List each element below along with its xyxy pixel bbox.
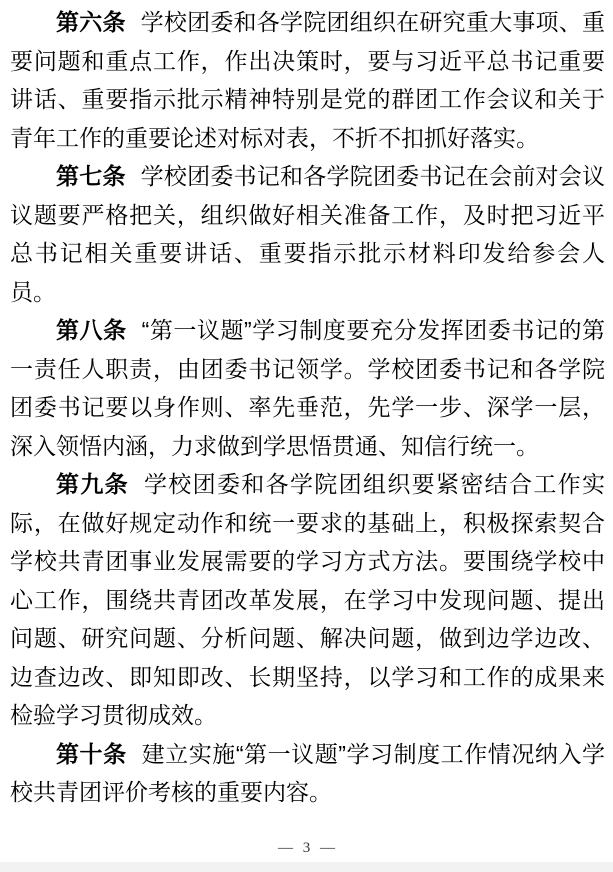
- article-paragraph: 第九条学校团委和各学院团组织要紧密结合工作实际，在做好规定动作和统一要求的基础上…: [10, 465, 605, 735]
- article-text: 学校团委和各学院团组织要紧密结合工作实际，在做好规定动作和统一要求的基础上，积极…: [10, 471, 605, 728]
- article-paragraph: 第六条学校团委和各学院团组织在研究重大事项、重要问题和重点工作，作出决策时，要与…: [10, 3, 605, 157]
- article-number: 第十条: [56, 741, 127, 767]
- page-number: — 3 —: [0, 839, 613, 857]
- article-number: 第八条: [56, 317, 127, 343]
- document-page: 第六条学校团委和各学院团组织在研究重大事项、重要问题和重点工作，作出决策时，要与…: [0, 0, 613, 812]
- article-paragraph: 第七条学校团委书记和各学院团委书记在会前对会议议题要严格把关，组织做好相关准备工…: [10, 157, 605, 311]
- article-number: 第六条: [56, 9, 126, 35]
- article-number: 第七条: [56, 163, 126, 189]
- article-number: 第九条: [56, 471, 129, 497]
- article-paragraph: 第八条“第一议题”学习制度要充分发挥团委书记的第一责任人职责，由团委书记领学。学…: [10, 311, 605, 465]
- article-paragraph: 第十条建立实施“第一议题”学习制度工作情况纳入学校共青团评价考核的重要内容。: [10, 735, 605, 812]
- page-bottom-gap: [0, 862, 613, 872]
